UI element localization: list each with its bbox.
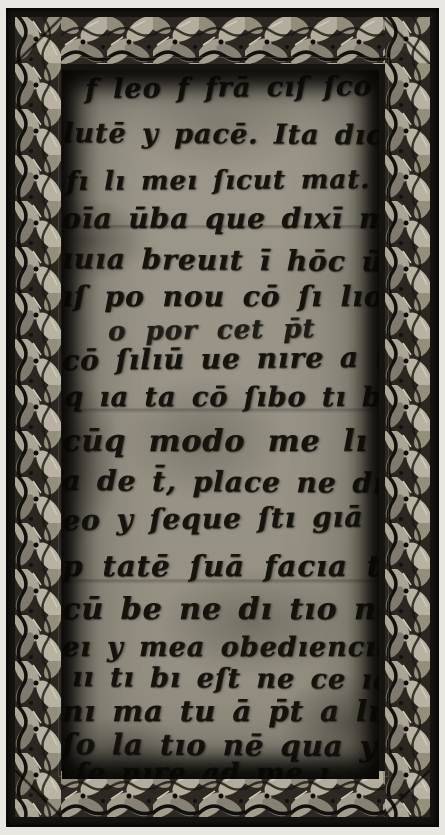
carved-foliage-pattern-icon bbox=[385, 17, 430, 817]
manuscript-line: q ıa ta cō ſıbo tı bı ıq bbox=[64, 382, 379, 413]
manuscript-line: cūq modo me lı uſ bbox=[62, 424, 379, 459]
frame-top-band bbox=[15, 17, 430, 64]
frame-right-band bbox=[385, 17, 430, 817]
manuscript-line: a de t̄, place ne dıu bbox=[62, 464, 379, 500]
manuscript-line: cō ſılıū ue nıre a me. bbox=[62, 340, 379, 377]
manuscript-line: ıı tı bı eſt ne ce ıar bbox=[72, 662, 379, 696]
parchment: f leo f frā cıſ ſco tuo ſa lutē y pacē. … bbox=[62, 70, 379, 779]
manuscript-line: p tatē ſuā facıa tı bbox=[62, 549, 379, 583]
frame-left-band bbox=[15, 17, 61, 817]
manuscript-line: oīa ūba que dıxī muſ bbox=[62, 202, 379, 235]
carved-foliage-pattern-icon bbox=[15, 17, 430, 64]
manuscript-line: cū be ne dı tıo ne d bbox=[62, 592, 379, 627]
framed-manuscript-photo: f leo f frā cıſ ſco tuo ſa lutē y pacē. … bbox=[0, 0, 445, 835]
manuscript-line: ıuıa breuıt ī hōc ūb bbox=[62, 242, 379, 279]
carved-foliage-pattern-icon bbox=[15, 17, 61, 817]
manuscript-line: f leo f frā cıſ ſco tuo ſa bbox=[85, 70, 379, 105]
manuscript-line: eı y mea obedıencıa bbox=[62, 632, 379, 663]
manuscript-line: lutē y pacē. Ita dıco tıb bbox=[63, 118, 379, 152]
manuscript-line: nı ma tu ā p̄t a lıā bbox=[62, 694, 379, 728]
manuscript-line: eo y ſeque ſtı gıā y p bbox=[62, 499, 379, 537]
manuscript-line: fı lı meı ſıcut mat. q a bbox=[66, 164, 379, 197]
manuscript-line: ıſ po nou cō ſı lıo y n bbox=[62, 280, 379, 313]
manuscript-line: ſe nıre ad me ı bbox=[75, 758, 330, 779]
